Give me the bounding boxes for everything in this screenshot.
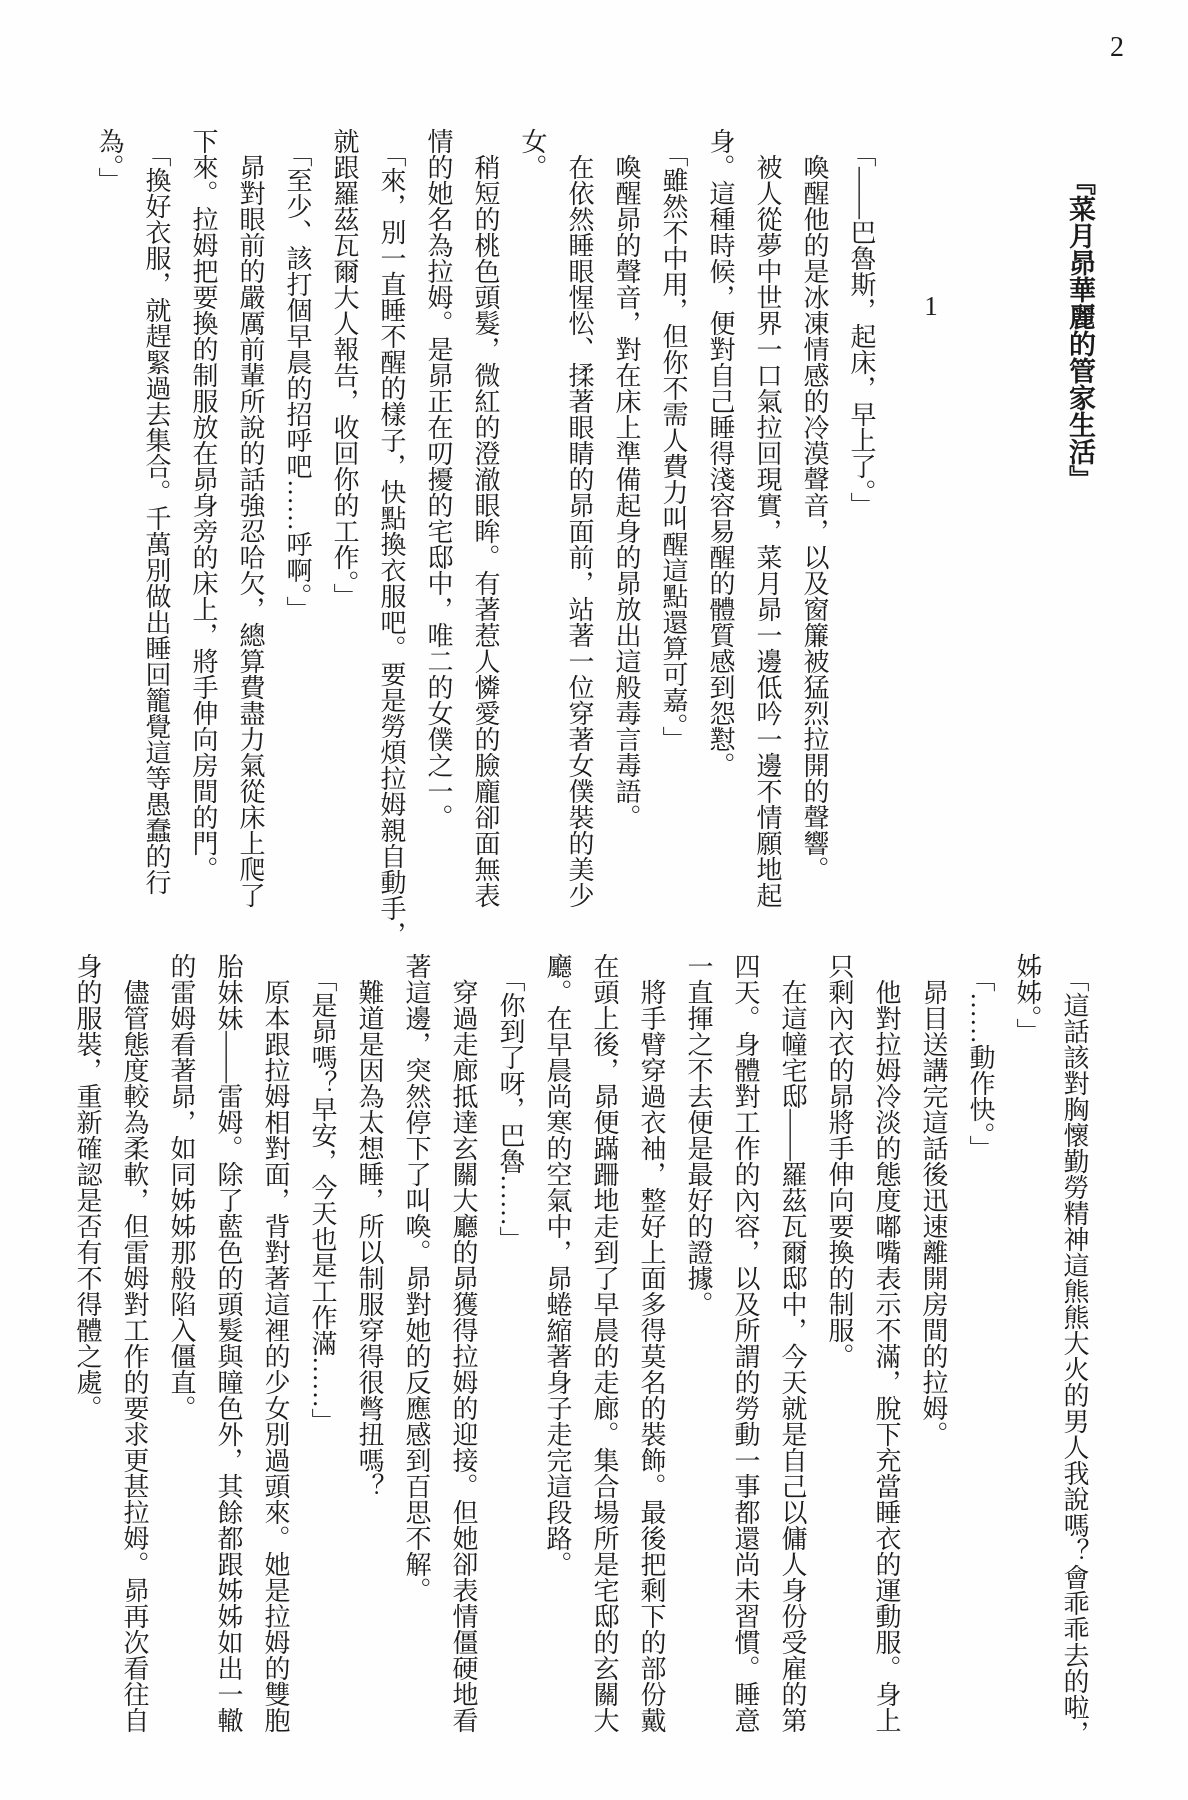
text-band-top: 「——巴魯斯，起床，早上了。」喚醒他的是冰凍情感的冷漠聲音，以及窗簾被猛烈拉開的… <box>86 128 885 910</box>
text-column: 喚醒昴的聲音，對在床上準備起身的昴放出這般毒言毒語。 <box>603 128 650 910</box>
text-column: 「你到了呀，巴魯……」 <box>487 953 534 1735</box>
text-column: 著這邊，突然停下了叫喚。昴對她的反應感到百思不解。 <box>393 953 440 1735</box>
text-column: 他對拉姆冷淡的態度嘟嘴表示不滿，脫下充當睡衣的運動服。身上 <box>863 953 910 1735</box>
text-column: 被人從夢中世界一口氣拉回現實，菜月昴一邊低吟一邊不情願地起 <box>744 128 791 910</box>
text-column: 一直揮之不去便是最好的證據。 <box>675 953 722 1735</box>
text-column: 在這幢宅邸——羅茲瓦爾邸中，今天就是自己以傭人身份受雇的第 <box>769 953 816 1735</box>
text-column: 「至少、該打個早晨的招呼吧……呼啊。」 <box>274 128 321 910</box>
text-band-bottom: 「這話該對胸懷勤勞精神這熊熊大火的男人我說嗎？會乖乖去的啦，姊姊。」「……動作快… <box>64 953 1098 1735</box>
text-column: 身的服裝，重新確認是否有不得體之處。 <box>64 953 111 1735</box>
text-column: 就跟羅茲瓦爾大人報告，收回你的工作。」 <box>321 128 368 910</box>
text-column: 胎妹妹——雷姆。除了藍色的頭髮與瞳色外，其餘都跟姊姊如出一轍 <box>205 953 252 1735</box>
text-column: 稍短的桃色頭髮，微紅的澄澈眼眸。有著惹人憐愛的臉龐卻面無表 <box>462 128 509 910</box>
text-column: 的雷姆看著昴，如同姊姊那般陷入僵直。 <box>158 953 205 1735</box>
section-number: 1 <box>919 291 943 322</box>
text-column: 只剩內衣的昴將手伸向要換的制服。 <box>816 953 863 1735</box>
text-column: 在依然睡眼惺忪、揉著眼睛的昴面前，站著一位穿著女僕裝的美少 <box>556 128 603 910</box>
text-column: 在頭上後，昴便蹣跚地走到了早晨的走廊。集合場所是宅邸的玄關大 <box>581 953 628 1735</box>
text-column: 昴對眼前的嚴厲前輩所說的話強忍哈欠，總算費盡力氣從床上爬了 <box>227 128 274 910</box>
chapter-title: 『菜月昴華麗的管家生活』 <box>1061 168 1100 492</box>
text-column: 姊姊。」 <box>1004 953 1051 1735</box>
text-column: 喚醒他的是冰凍情感的冷漠聲音，以及窗簾被猛烈拉開的聲響。 <box>791 128 838 910</box>
text-column: 將手臂穿過衣袖，整好上面多得莫名的裝飾。最後把剩下的部份戴 <box>628 953 675 1735</box>
text-column: 儘管態度較為柔軟，但雷姆對工作的要求更甚拉姆。昴再次看往自 <box>111 953 158 1735</box>
text-column: 穿過走廊抵達玄關大廳的昴獲得拉姆的迎接。但她卻表情僵硬地看 <box>440 953 487 1735</box>
text-column: 下來。拉姆把要換的制服放在昴身旁的床上，將手伸向房間的門。 <box>180 128 227 910</box>
text-column: 昴目送講完這話後迅速離開房間的拉姆。 <box>910 953 957 1735</box>
text-column: 四天。身體對工作的內容，以及所謂的勞動一事都還尚未習慣。睡意 <box>722 953 769 1735</box>
text-column: 「這話該對胸懷勤勞精神這熊熊大火的男人我說嗎？會乖乖去的啦， <box>1051 953 1098 1735</box>
text-column: 難道是因為太想睡，所以制服穿得很彆扭嗎？ <box>346 953 393 1735</box>
text-column: 為。」 <box>86 128 133 910</box>
text-column: 廳。在早晨尚寒的空氣中，昴蜷縮著身子走完這段路。 <box>534 953 581 1735</box>
text-column: 「——巴魯斯，起床，早上了。」 <box>838 128 885 910</box>
text-column: 「換好衣服，就趕緊過去集合。千萬別做出睡回籠覺這等愚蠢的行 <box>133 128 180 910</box>
novel-page: 2 『菜月昴華麗的管家生活』 1 「——巴魯斯，起床，早上了。」喚醒他的是冰凍情… <box>0 0 1188 1800</box>
text-column: 「來，別一直睡不醒的樣子，快點換衣服吧。要是勞煩拉姆親自動手， <box>368 128 415 910</box>
text-column: 「雖然不中用，但你不需人費力叫醒這點還算可嘉。」 <box>650 128 697 910</box>
text-column: 女。 <box>509 128 556 910</box>
page-number: 2 <box>1110 32 1124 64</box>
text-column: 「……動作快。」 <box>957 953 1004 1735</box>
text-column: 「是昴嗎？早安，今天也是工作滿……」 <box>299 953 346 1735</box>
text-column: 身。這種時候，便對自己睡得淺容易醒的體質感到怨懟。 <box>697 128 744 910</box>
text-column: 情的她名為拉姆。是昴正在叨擾的宅邸中，唯二的女僕之一。 <box>415 128 462 910</box>
text-column: 原本跟拉姆相對面，背對著這裡的少女別過頭來。她是拉姆的雙胞 <box>252 953 299 1735</box>
